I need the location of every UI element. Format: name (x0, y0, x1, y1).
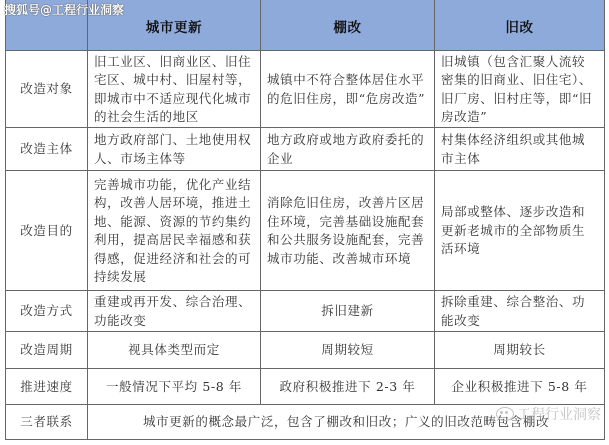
cell: 周期较长 (434, 332, 604, 369)
cell: 拆除重建、综合整治、功能改变 (434, 291, 604, 332)
header-old-renovation: 旧改 (434, 0, 604, 51)
cell: 拆旧建新 (260, 291, 434, 332)
cell: 城镇中不符合整体居住水平的危旧住房，即“危房改造” (260, 51, 434, 128)
row-label: 改造目的 (6, 171, 87, 291)
row-label: 改造方式 (6, 291, 87, 332)
cell: 视具体类型而定 (87, 332, 260, 369)
cell: 政府积极推进下 2-3 年 (260, 369, 434, 405)
watermark-text: 工程行业洞察 (517, 404, 601, 424)
row-label: 改造周期 (6, 332, 87, 369)
header-shantytown-renovation: 棚改 (260, 0, 434, 51)
watermark-bottom-right: 工程行业洞察 (496, 404, 601, 424)
row-label: 推进速度 (6, 369, 87, 405)
wechat-icon (496, 407, 514, 421)
cell: 完善城市功能，优化产业结构，改善人居环境，推进土地、能源、资源的节约集约利用，提… (87, 171, 260, 291)
table-row: 改造对象 旧工业区、旧商业区、旧住宅区、城中村、旧屋村等，即城市中不适应现代化城… (6, 50, 604, 128)
cell: 消除危旧住房，改善片区居住环境，完善基础设施配套和公共服务设施配套，完善城市功能… (260, 171, 434, 291)
cell: 旧工业区、旧商业区、旧住宅区、城中村、旧屋村等，即城市中不适应现代化城市的社会生… (87, 51, 260, 128)
table-row: 改造方式 重建或再开发、综合治理、功能改变 拆旧建新 拆除重建、综合整治、功能改… (6, 290, 604, 332)
cell: 企业积极推进下 5-8 年 (434, 369, 604, 405)
cell: 旧城镇（包含汇聚人流较密集的旧商业、旧住宅）、旧厂房、旧村庄等，即“旧房改造” (434, 51, 604, 128)
row-label: 改造对象 (6, 51, 87, 128)
cell: 地方政府或地方政府委托的企业 (260, 128, 434, 171)
table-row: 推进速度 一般情况下平均 5-8 年 政府积极推进下 2-3 年 企业积极推进下… (6, 368, 604, 405)
comparison-table: 城市更新 棚改 旧改 改造对象 旧工业区、旧商业区、旧住宅区、城中村、旧屋村等，… (5, 0, 605, 440)
table-row: 改造周期 视具体类型而定 周期较短 周期较长 (6, 331, 604, 369)
cell: 周期较短 (260, 332, 434, 369)
table-row: 改造主体 地方政府部门、土地使用权人、市场主体等 地方政府或地方政府委托的企业 … (6, 127, 604, 171)
row-label: 改造主体 (6, 128, 87, 171)
row-label: 三者联系 (6, 405, 87, 439)
cell: 地方政府部门、土地使用权人、市场主体等 (87, 128, 260, 171)
table-row: 改造目的 完善城市功能，优化产业结构，改善人居环境，推进土地、能源、资源的节约集… (6, 170, 604, 291)
cell: 局部或整体、逐步改造和更新老城市的全部物质生活环境 (434, 171, 604, 291)
watermark-top-left: 搜狐号@工程行业洞察 (4, 1, 124, 18)
cell: 一般情况下平均 5-8 年 (87, 369, 260, 405)
cell: 村集体经济组织或其他城市主体 (434, 128, 604, 171)
cell: 重建或再开发、综合治理、功能改变 (87, 291, 260, 332)
